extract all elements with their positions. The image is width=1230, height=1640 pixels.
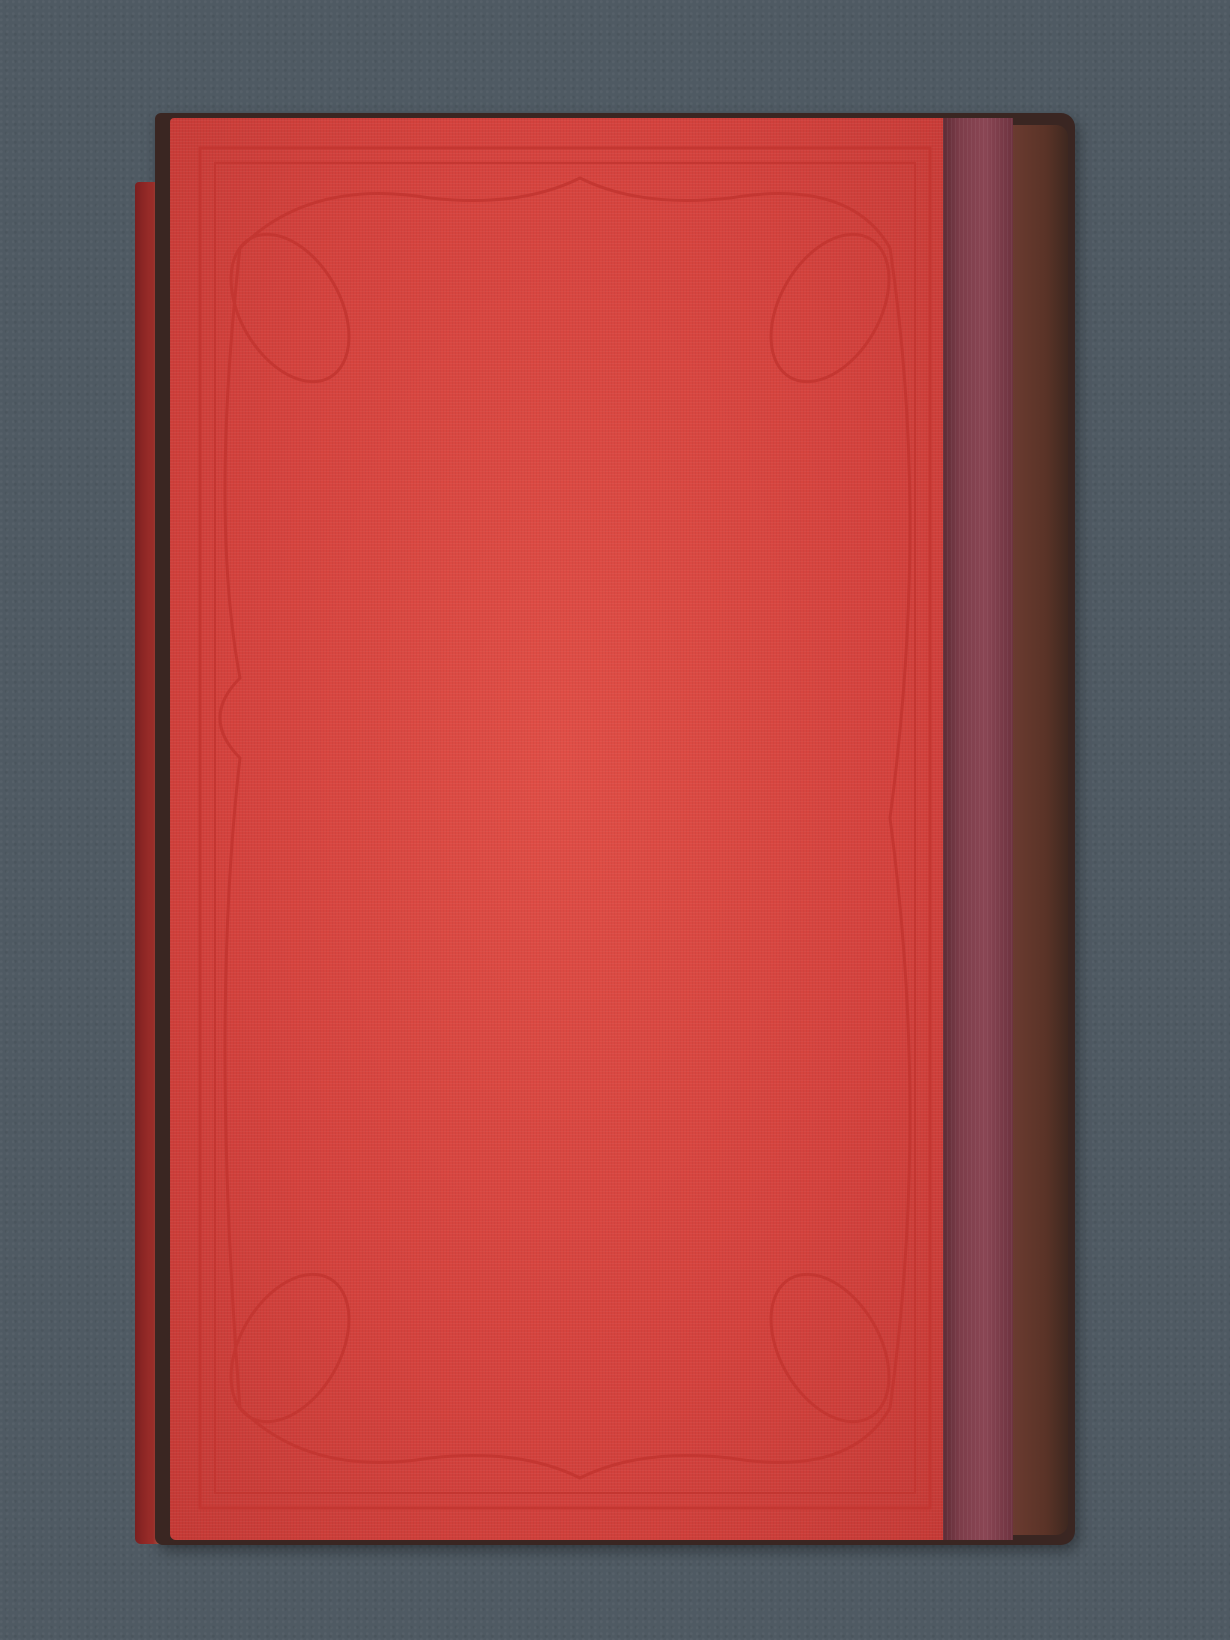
embossed-frame-ornament — [170, 118, 950, 1540]
book-spine-cloth-strip — [943, 118, 1013, 1540]
book-back-cover — [170, 118, 950, 1540]
book-spine-edge — [1013, 125, 1068, 1535]
